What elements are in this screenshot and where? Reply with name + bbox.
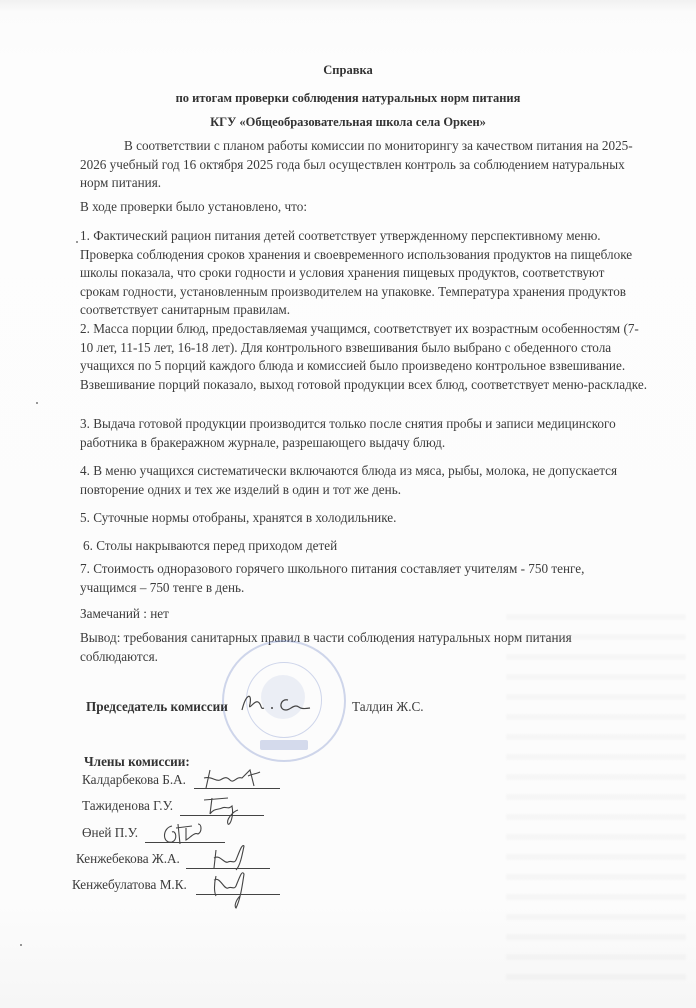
chair-label: Председатель комиссии	[86, 698, 228, 717]
finding-item-1: 1. Фактический рацион питания детей соот…	[80, 227, 640, 320]
document-subtitle: по итогам проверки соблюдения натуральны…	[0, 89, 696, 108]
document-page: Справка по итогам проверки соблюдения на…	[0, 0, 696, 1008]
member-name-2: Тажиденова Г.У.	[82, 798, 173, 814]
member-name-1: Калдарбекова Б.А.	[82, 772, 186, 788]
document-title: Справка	[0, 61, 696, 80]
finding-item-3: 3. Выдача готовой продукции производится…	[80, 415, 636, 452]
conclusion: Вывод: требования санитарных правил в ча…	[80, 629, 620, 666]
member-signature-5	[208, 866, 252, 912]
member-signature-3	[158, 818, 208, 850]
finding-item-4: 4. В меню учащихся систематически включа…	[80, 462, 636, 499]
school-name: КГУ «Общеобразовательная школа села Орке…	[0, 113, 696, 132]
margin-speck	[20, 944, 22, 946]
member-name-5: Кенжебулатова М.К.	[72, 877, 187, 893]
intro-paragraph: В соответствии с планом работы комиссии …	[80, 137, 640, 193]
findings-heading: В ходе проверки было установлено, что:	[80, 198, 640, 217]
chair-signature	[236, 690, 312, 718]
chair-name: Талдин Ж.С.	[352, 698, 424, 717]
margin-speck	[36, 402, 38, 404]
member-name-3: Өней П.У.	[82, 825, 138, 841]
members-label: Члены комиссии:	[84, 753, 190, 772]
finding-item-2: 2. Масса порции блюд, предоставляемая уч…	[80, 320, 648, 394]
member-name-4: Кенжебекова Ж.А.	[76, 851, 180, 867]
finding-item-5: 5. Суточные нормы отобраны, хранятся в х…	[80, 509, 640, 528]
margin-speck	[76, 241, 78, 243]
remarks: Замечаний : нет	[80, 605, 640, 624]
finding-item-6: 6. Столы накрываются перед приходом дете…	[83, 537, 643, 556]
finding-item-7: 7. Стоимость одноразового горячего школь…	[80, 560, 600, 597]
